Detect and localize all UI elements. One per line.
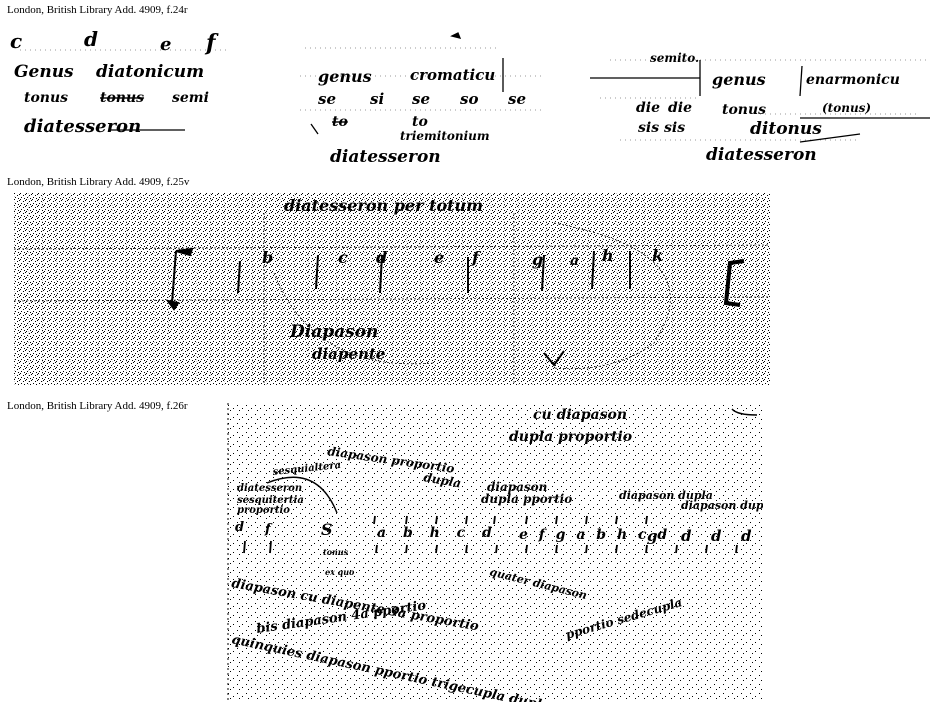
label-tonus-3: tonus [722,102,766,118]
label-tonus-1: tonus [24,90,68,106]
plate-caption-f26r: London, British Library Add. 4909, f.26r [7,400,188,412]
note-b: b [262,248,273,267]
note-d-2: d [681,527,692,545]
note-gamma: S [321,520,333,539]
label-diapason-dupla-2: diapason dupla [681,499,763,512]
note-a: a [570,253,579,269]
label-se-2: se [412,90,430,108]
label-diatesseron-3: diatesseron [706,145,817,165]
note-d: d [84,27,98,51]
label-diatonicum: diatonicum [96,62,204,82]
label-ex-quo: ex quo [325,567,355,577]
label-si: si [370,90,384,108]
label-to-2: to [412,114,428,130]
label-diatesseron-per-totum: diatesseron per totum [284,196,483,215]
label-se-1: se [318,90,336,108]
label-cromaticum: cromaticu [410,66,495,84]
note-d-3: d [711,527,722,545]
manuscript-image-f25v: diatesseron per totum b c d e f g a h k … [14,193,770,385]
label-proportio: proportio [237,505,290,516]
label-genus-3: genus [712,70,766,89]
note-g: g [532,250,543,269]
note-k: k [652,246,663,265]
manuscript-image-f26r: cu diapason dupla proportio diapason pro… [227,403,763,702]
note-e: e [434,248,444,267]
notes-a-to-d: a b h c d [377,525,498,541]
label-diapason: Diapason [289,322,378,342]
label-ditonus: ditonus [750,119,822,139]
label-diatesseron: diatesseron [237,483,302,494]
note-c: c [338,248,348,267]
label-semito: semito. [650,51,699,65]
label-dupla-proportio: dupla proportio [509,429,632,445]
label-so: so [460,90,478,108]
label-tonus-2: tonus [100,90,144,106]
label-genus-2: genus [318,67,372,86]
manuscript-scan-f24r: c d e f Genus diatonicum tonus tonus sem… [0,22,936,172]
note-d: d [376,248,387,267]
label-enarmonicum: enarmonicu [806,72,900,88]
note-g-2: g [647,527,658,545]
label-tonus-4: (tonus) [822,101,871,115]
manuscript-image-f24r: c d e f Genus diatonicum tonus tonus sem… [0,22,936,172]
label-diapente: diapente [312,345,385,363]
label-sis-1: sis [638,120,659,136]
label-dupla-pportio: dupla pportio [481,492,572,506]
label-sis-2: sis [664,120,685,136]
plate-caption-f25v: London, British Library Add. 4909, f.25v [7,176,189,188]
label-semi: semi [172,90,209,106]
note-c: c [10,29,22,53]
label-die-2: die [668,100,692,116]
manuscript-scan-f26r: cu diapason dupla proportio diapason pro… [227,403,763,702]
label-tonus: tonus [323,547,349,557]
note-d-4: d [741,527,752,545]
label-triemitonium: triemitonium [400,129,490,143]
note-h: h [602,246,614,265]
label-die-1: die [636,100,660,116]
note-e: e [160,34,171,55]
label-cu-diapason: cu diapason [533,407,627,423]
label-genus: Genus [14,62,74,82]
note-d-1: d [235,520,244,535]
label-diatesseron-2: diatesseron [330,147,441,167]
manuscript-scan-f25v: diatesseron per totum b c d e f g a h k … [14,193,770,385]
label-diatesseron-1: diatesseron [24,116,141,137]
label-to-1: to [332,114,348,130]
plate-caption-f24r: London, British Library Add. 4909, f.24r [7,4,188,16]
label-se-3: se [508,90,526,108]
